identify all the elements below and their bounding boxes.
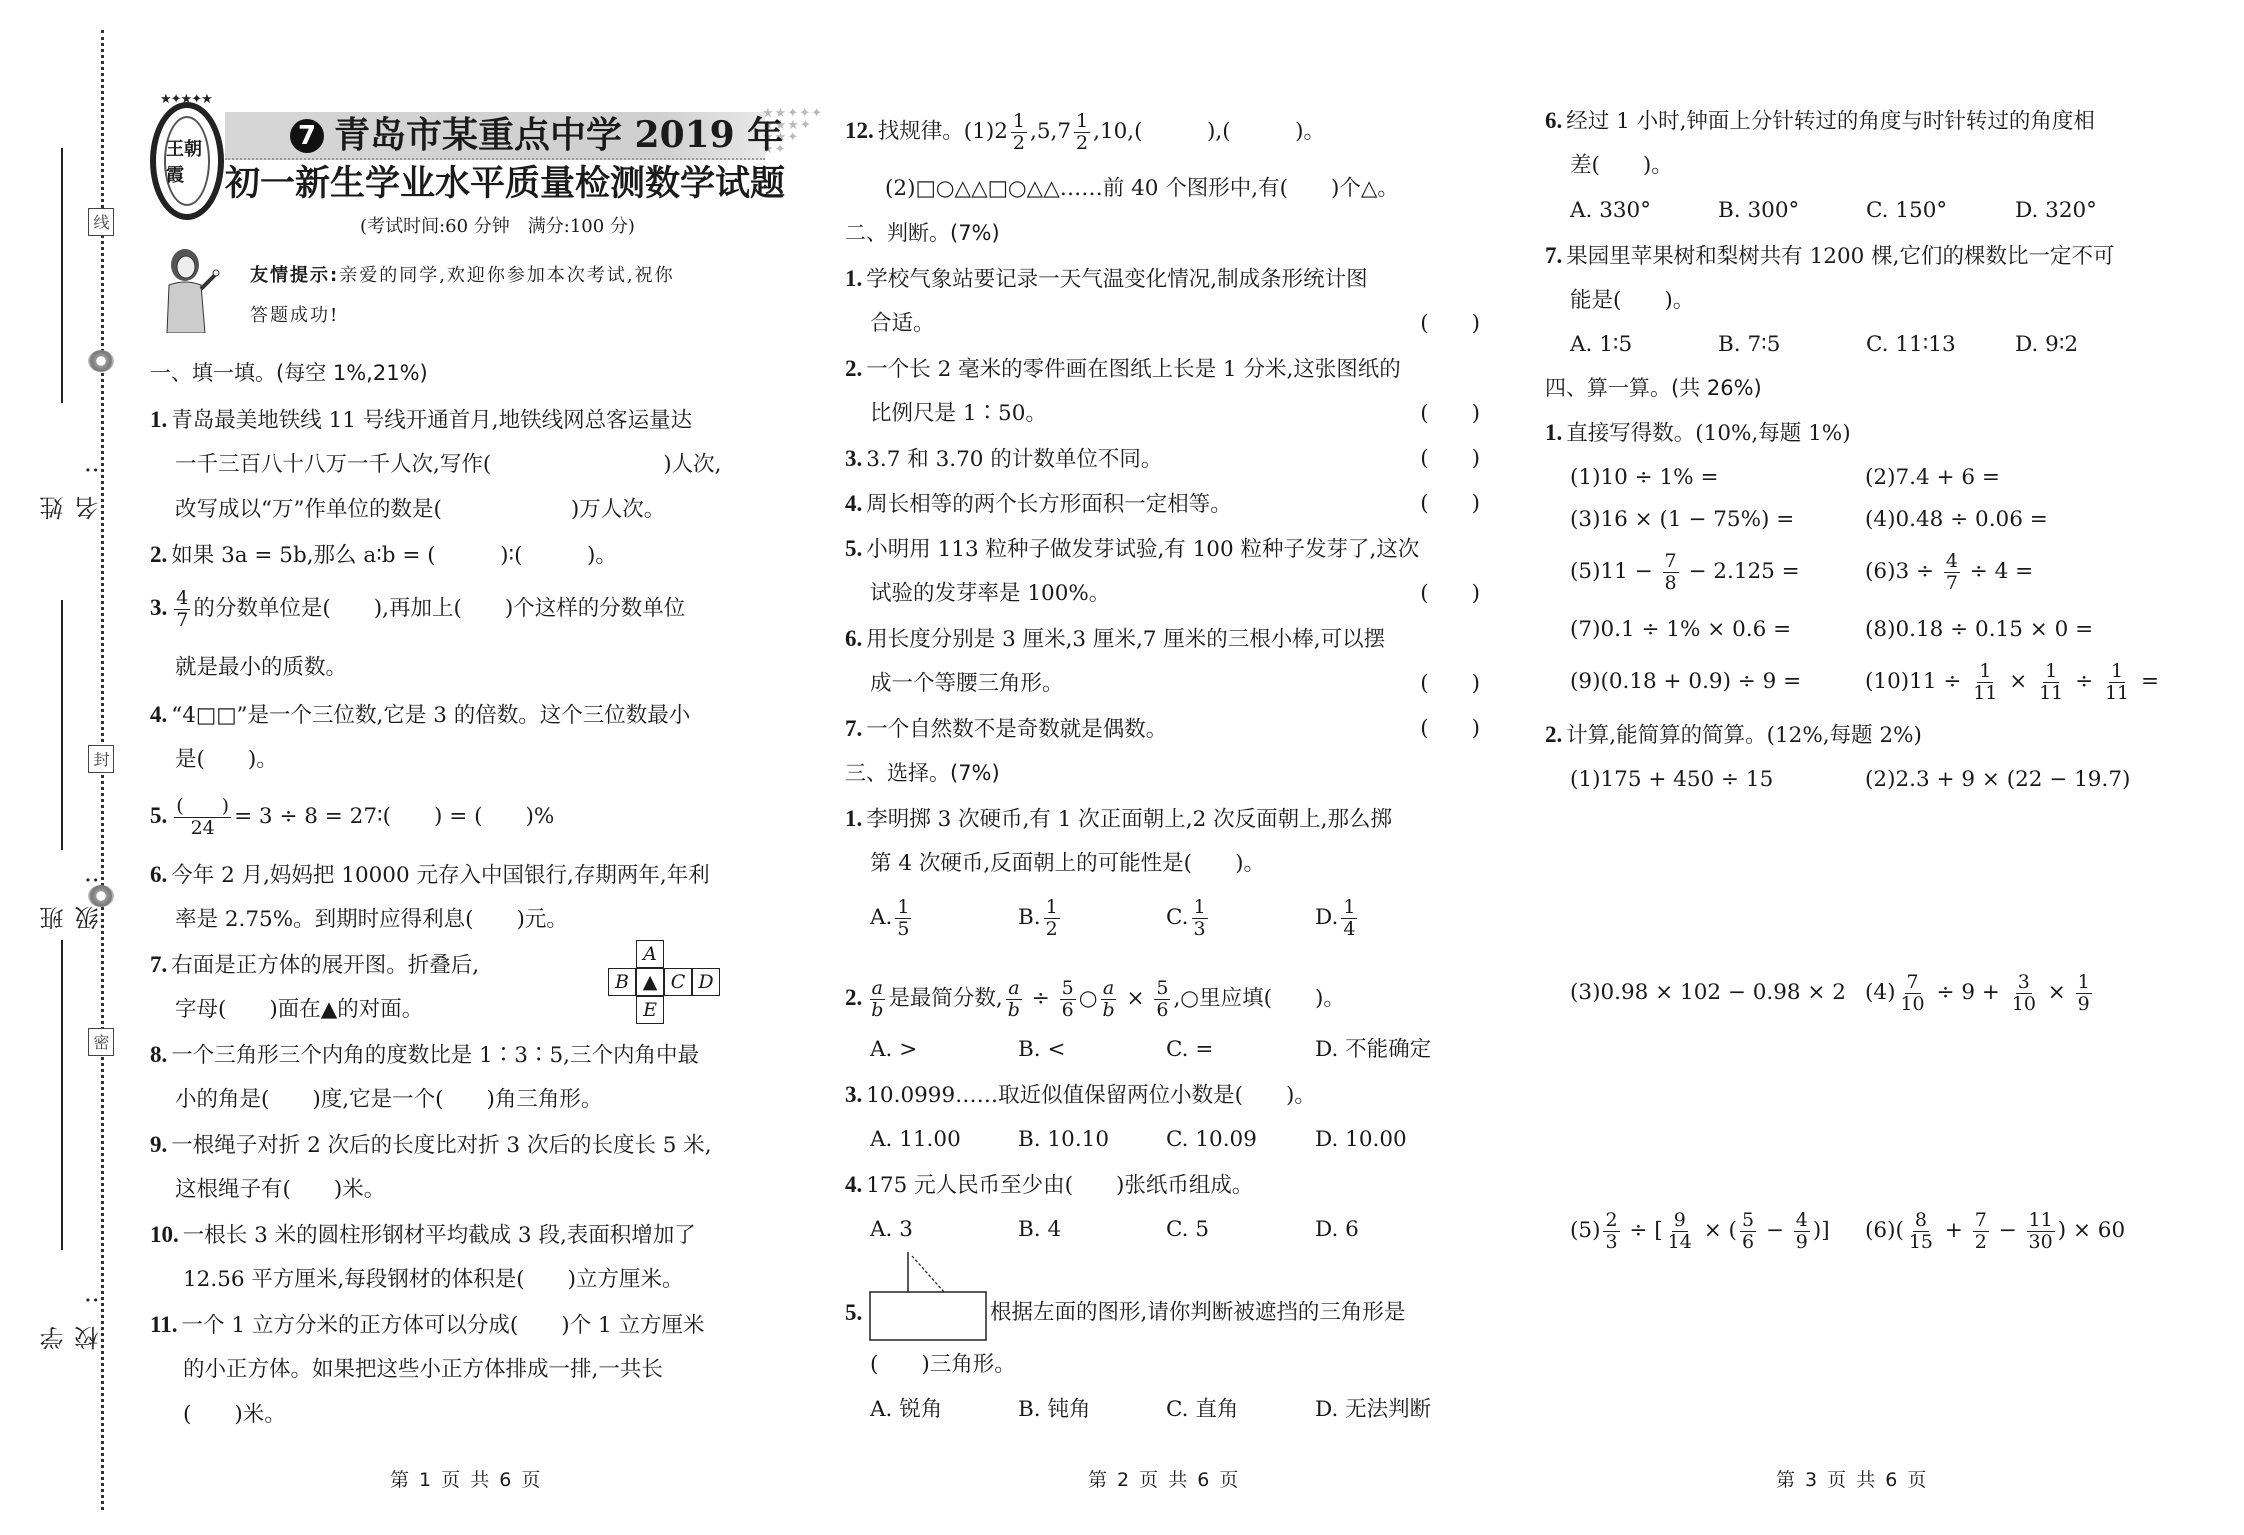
judge-2: 2.一个长 2 毫米的零件画在图纸上长是 1 分米,这张图纸的 <box>845 346 1401 392</box>
question-9-line2: 这根绳子有( )米。 <box>175 1167 385 1212</box>
simplify-calc-3: (3)0.98 × 102 − 0.98 × 2 <box>1570 970 1846 1015</box>
judge-6: 6.用长度分别是 3 厘米,3 厘米,7 厘米的三根小棒,可以摆 <box>845 616 1385 662</box>
question-11-line2: 的小正方体。如果把这些小正方体排成一排,一共长 <box>183 1347 663 1392</box>
option-c[interactable]: C. 10.09 <box>1166 1117 1257 1162</box>
publisher-logo: 王朝霞 <box>150 102 224 220</box>
judge-6-line2: 成一个等腰三角形。( ) <box>870 661 1480 706</box>
choice-1-line2: 第 4 次硬币,反面朝上的可能性是( )。 <box>870 841 1265 886</box>
question-3: 3.47的分数单位是( ),再加上( )个这样的分数单位 <box>150 585 685 631</box>
section-2-title: 二、判断。(7%) <box>845 211 1000 256</box>
judge-1: 1.学校气象站要记录一天气温变化情况,制成条形统计图 <box>845 256 1368 302</box>
question-11: 11.一个 1 立方分米的正方体可以分成( )个 1 立方厘米 <box>150 1302 704 1348</box>
section-1-title: 一、填一填。(每空 1%,21%) <box>150 351 428 396</box>
option-b[interactable]: B. 4 <box>1018 1207 1061 1252</box>
choice-5-line1: 根据左面的图形,请你判断被遮挡的三角形是 <box>990 1290 1405 1335</box>
option-b[interactable]: B. 钝角 <box>1018 1387 1090 1432</box>
question-11-line3: ( )米。 <box>183 1392 286 1437</box>
direct-calc-5: (5)11 − 78 − 2.125 = <box>1570 549 1800 594</box>
seal-emblem-icon <box>88 350 114 372</box>
choice-7: 7.果园里苹果树和梨树共有 1200 棵,它们的棵数比一定不可 <box>1545 233 2114 279</box>
option-a[interactable]: A. 11.00 <box>870 1117 961 1162</box>
question-8-line2: 小的角是( )度,它是一个( )角三角形。 <box>175 1077 602 1122</box>
cube-face-top: A <box>636 940 664 968</box>
fraction: ( )24 <box>174 796 231 839</box>
option-d[interactable]: D. 无法判断 <box>1315 1387 1431 1432</box>
judge-5: 5.小明用 113 粒种子做发芽试验,有 100 粒种子发芽了,这次 <box>845 526 1419 572</box>
answer-blank[interactable]: ( ) <box>1420 391 1480 436</box>
teacher-illustration-icon <box>155 245 221 333</box>
judge-7: 7.一个自然数不是奇数就是偶数。( ) <box>845 706 1480 752</box>
simplify-calc-1: (1)175 + 450 ÷ 15 <box>1570 757 1773 802</box>
question-6-line2: 率是 2.75%。到期时应得利息( )元。 <box>175 897 568 942</box>
question-8: 8.一个三角形三个内角的度数比是 1∶3∶5,三个内角中最 <box>150 1032 699 1078</box>
fraction: 12 <box>1074 111 1090 154</box>
option-a[interactable]: A. 330° <box>1570 188 1651 233</box>
choice-2: 2.ab是最简分数,ab ÷ 56○ab × 56,○里应填( )。 <box>845 975 1345 1021</box>
direct-calc-3: (3)16 × (1 − 75%) = <box>1570 497 1794 542</box>
question-6: 6.今年 2 月,妈妈把 10000 元存入中国银行,存期两年,年利 <box>150 852 710 898</box>
page-3-footer: 第 3 页 共 6 页 <box>1776 1465 1928 1492</box>
option-b[interactable]: B. 300° <box>1718 188 1799 233</box>
option-a[interactable]: A. 3 <box>870 1207 913 1252</box>
seal-mark-seal: 封 <box>88 745 114 773</box>
direct-calc-9: (9)(0.18 + 0.9) ÷ 9 = <box>1570 659 1801 704</box>
calc-part-2-title: 2.计算,能简算的简算。(12%,每题 2%) <box>1545 712 1922 758</box>
simplify-calc-6: (6)(815 + 72 − 1130) × 60 <box>1865 1208 2125 1253</box>
class-field-line[interactable] <box>61 600 63 850</box>
cube-face-right1: C <box>664 968 692 996</box>
option-d[interactable]: D. 9∶2 <box>2015 322 2078 367</box>
option-a[interactable]: A. 1∶5 <box>1570 322 1632 367</box>
choice-3: 3.10.0999……取近似值保留两位小数是( )。 <box>845 1072 1316 1118</box>
simplify-calc-2: (2)2.3 + 9 × (22 − 19.7) <box>1865 757 2130 802</box>
section-3-title: 三、选择。(7%) <box>845 751 1000 796</box>
school-field-line[interactable] <box>61 940 63 1250</box>
direct-calc-10: (10)11 ÷ 111 × 111 ÷ 111 = <box>1865 659 2159 704</box>
section-4-title: 四、算一算。(共 26%) <box>1545 366 1762 411</box>
simplify-calc-5: (5)23 ÷ [914 × (56 − 49)] <box>1570 1208 1830 1253</box>
exam-subtitle: 初一新生学业水平质量检测数学试题 <box>225 160 770 208</box>
question-5: 5.( )24= 3 ÷ 8 = 27∶( ) = ( )% <box>150 793 554 839</box>
answer-blank[interactable]: ( ) <box>1420 661 1480 706</box>
judge-5-line2: 试验的发芽率是 100%。( ) <box>870 571 1480 616</box>
choice-7-line2: 能是( )。 <box>1570 278 1694 323</box>
tip-text-2: 答题成功! <box>250 305 339 326</box>
question-1-line2: 一千三百八十八万一千人次,写作( )人次, <box>175 442 721 487</box>
option-c[interactable]: C. 直角 <box>1166 1387 1238 1432</box>
simplify-calc-4: (4)710 ÷ 9 + 310 × 19 <box>1865 970 2095 1015</box>
direct-calc-1: (1)10 ÷ 1% = <box>1570 455 1718 500</box>
option-c[interactable]: C.13 <box>1166 895 1211 940</box>
answer-blank[interactable]: ( ) <box>1420 571 1480 616</box>
question-9: 9.一根绳子对折 2 次后的长度比对折 3 次后的长度长 5 米, <box>150 1122 712 1168</box>
exam-time-score: (考试时间:60 分钟 满分:100 分) <box>225 212 770 242</box>
question-1: 1.青岛最美地铁线 11 号线开通首月,地铁线网总客运量达 <box>150 397 692 443</box>
hidden-triangle-figure <box>868 1250 992 1342</box>
judge-1-line2: 合适。( ) <box>870 301 1480 346</box>
tip-text-1: 亲爱的同学,欢迎你参加本次考试,祝你 <box>339 265 674 286</box>
answer-blank[interactable]: ( ) <box>1420 436 1480 481</box>
cube-net-diagram: A B ▲ C D E <box>608 940 728 1030</box>
option-c[interactable]: C. 150° <box>1866 188 1947 233</box>
direct-calc-4: (4)0.48 ÷ 0.06 = <box>1865 497 2048 542</box>
question-4-line2: 是( )。 <box>175 737 278 782</box>
answer-blank[interactable]: ( ) <box>1420 481 1480 526</box>
question-7: 7.右面是正方体的展开图。折叠后, <box>150 942 479 988</box>
name-field-label: 姓 名: <box>36 400 76 520</box>
direct-calc-8: (8)0.18 ÷ 0.15 × 0 = <box>1865 607 2093 652</box>
option-c[interactable]: C. 11∶13 <box>1866 322 1956 367</box>
option-a[interactable]: A. > <box>870 1027 917 1072</box>
seal-mark-secret: 密 <box>88 1028 114 1056</box>
option-c[interactable]: C. = <box>1166 1027 1213 1072</box>
choice-6-line2: 差( )。 <box>1570 143 1673 188</box>
page-1-footer: 第 1 页 共 6 页 <box>390 1465 542 1492</box>
option-d[interactable]: D. 320° <box>2015 188 2097 233</box>
fraction: 12 <box>1011 111 1027 154</box>
exam-title-line1: 青岛市某重点中学 2019 年 <box>334 114 783 156</box>
logo-text: 王朝霞 <box>164 116 210 206</box>
choice-6: 6.经过 1 小时,钟面上分针转过的角度与时针转过的角度相 <box>1545 98 2095 144</box>
option-b[interactable]: B. 7∶5 <box>1718 322 1780 367</box>
page-2-footer: 第 2 页 共 6 页 <box>1088 1465 1240 1492</box>
question-2: 2.如果 3a = 5b,那么 a∶b = ( )∶( )。 <box>150 532 617 578</box>
choice-5-line2: ( )三角形。 <box>870 1342 1016 1387</box>
cube-face-left: B <box>608 968 636 996</box>
option-d[interactable]: D. 不能确定 <box>1315 1027 1431 1072</box>
option-c[interactable]: C. 5 <box>1166 1207 1209 1252</box>
answer-blank[interactable]: ( ) <box>1420 706 1480 751</box>
choice-4: 4.175 元人民币至少由( )张纸币组成。 <box>845 1162 1253 1208</box>
seal-mark-line: 线 <box>88 208 114 236</box>
option-d[interactable]: D. 6 <box>1315 1207 1359 1252</box>
cube-face-right2: D <box>692 968 720 996</box>
seal-emblem-icon <box>88 885 114 907</box>
tip-label: 友情提示: <box>250 265 339 286</box>
direct-calc-6: (6)3 ÷ 47 ÷ 4 = <box>1865 549 2033 594</box>
friendly-tip: 友情提示:亲爱的同学,欢迎你参加本次考试,祝你 答题成功! <box>250 256 780 336</box>
class-field-label: 班 级: <box>36 820 76 930</box>
option-b[interactable]: B.12 <box>1018 895 1063 940</box>
option-d[interactable]: D. 10.00 <box>1315 1117 1407 1162</box>
choice-1: 1.李明掷 3 次硬币,有 1 次正面朝上,2 次反面朝上,那么掷 <box>845 796 1392 842</box>
question-10-line2: 12.56 平方厘米,每段钢材的体积是( )立方厘米。 <box>183 1257 684 1302</box>
choice-5: 5. <box>845 1290 866 1336</box>
triangle-icon: ▲ <box>636 968 664 996</box>
direct-calc-7: (7)0.1 ÷ 1% × 0.6 = <box>1570 607 1791 652</box>
question-7-line2: 字母( )面在▲的对面。 <box>175 987 423 1032</box>
question-12: 12.找规律。(1)212,5,712,10,( ),( )。 <box>845 108 1325 154</box>
option-b[interactable]: B. < <box>1018 1027 1065 1072</box>
option-d[interactable]: D.14 <box>1315 895 1360 940</box>
answer-blank[interactable]: ( ) <box>1420 301 1480 346</box>
option-b[interactable]: B. 10.10 <box>1018 1117 1109 1162</box>
direct-calc-2: (2)7.4 + 6 = <box>1865 455 2000 500</box>
judge-3: 3.3.7 和 3.70 的计数单位不同。( ) <box>845 436 1480 482</box>
question-4: 4.“4□□”是一个三位数,它是 3 的倍数。这个三位数最小 <box>150 692 690 738</box>
calc-part-1-title: 1.直接写得数。(10%,每题 1%) <box>1545 410 1851 456</box>
judge-2-line2: 比例尺是 1∶50。( ) <box>870 391 1480 436</box>
name-field-line[interactable] <box>61 148 63 403</box>
question-3-line2: 就是最小的质数。 <box>175 645 347 690</box>
fraction: 47 <box>174 588 190 631</box>
question-10: 10.一根长 3 米的圆柱形钢材平均截成 3 段,表面积增加了 <box>150 1212 696 1258</box>
question-12-part2: (2)□○△△□○△△……前 40 个图形中,有( )个△。 <box>885 166 1399 211</box>
option-a[interactable]: A.15 <box>870 895 914 940</box>
exam-title: 7青岛市某重点中学 2019 年 <box>290 112 783 158</box>
exam-number-badge: 7 <box>290 119 324 153</box>
question-1-line3: 改写成以“万”作单位的数是( )万人次。 <box>175 487 665 532</box>
judge-4: 4.周长相等的两个长方形面积一定相等。( ) <box>845 481 1480 527</box>
option-a[interactable]: A. 锐角 <box>870 1387 942 1432</box>
school-field-label: 学 校: <box>36 1230 76 1350</box>
cube-face-bottom: E <box>636 996 664 1024</box>
